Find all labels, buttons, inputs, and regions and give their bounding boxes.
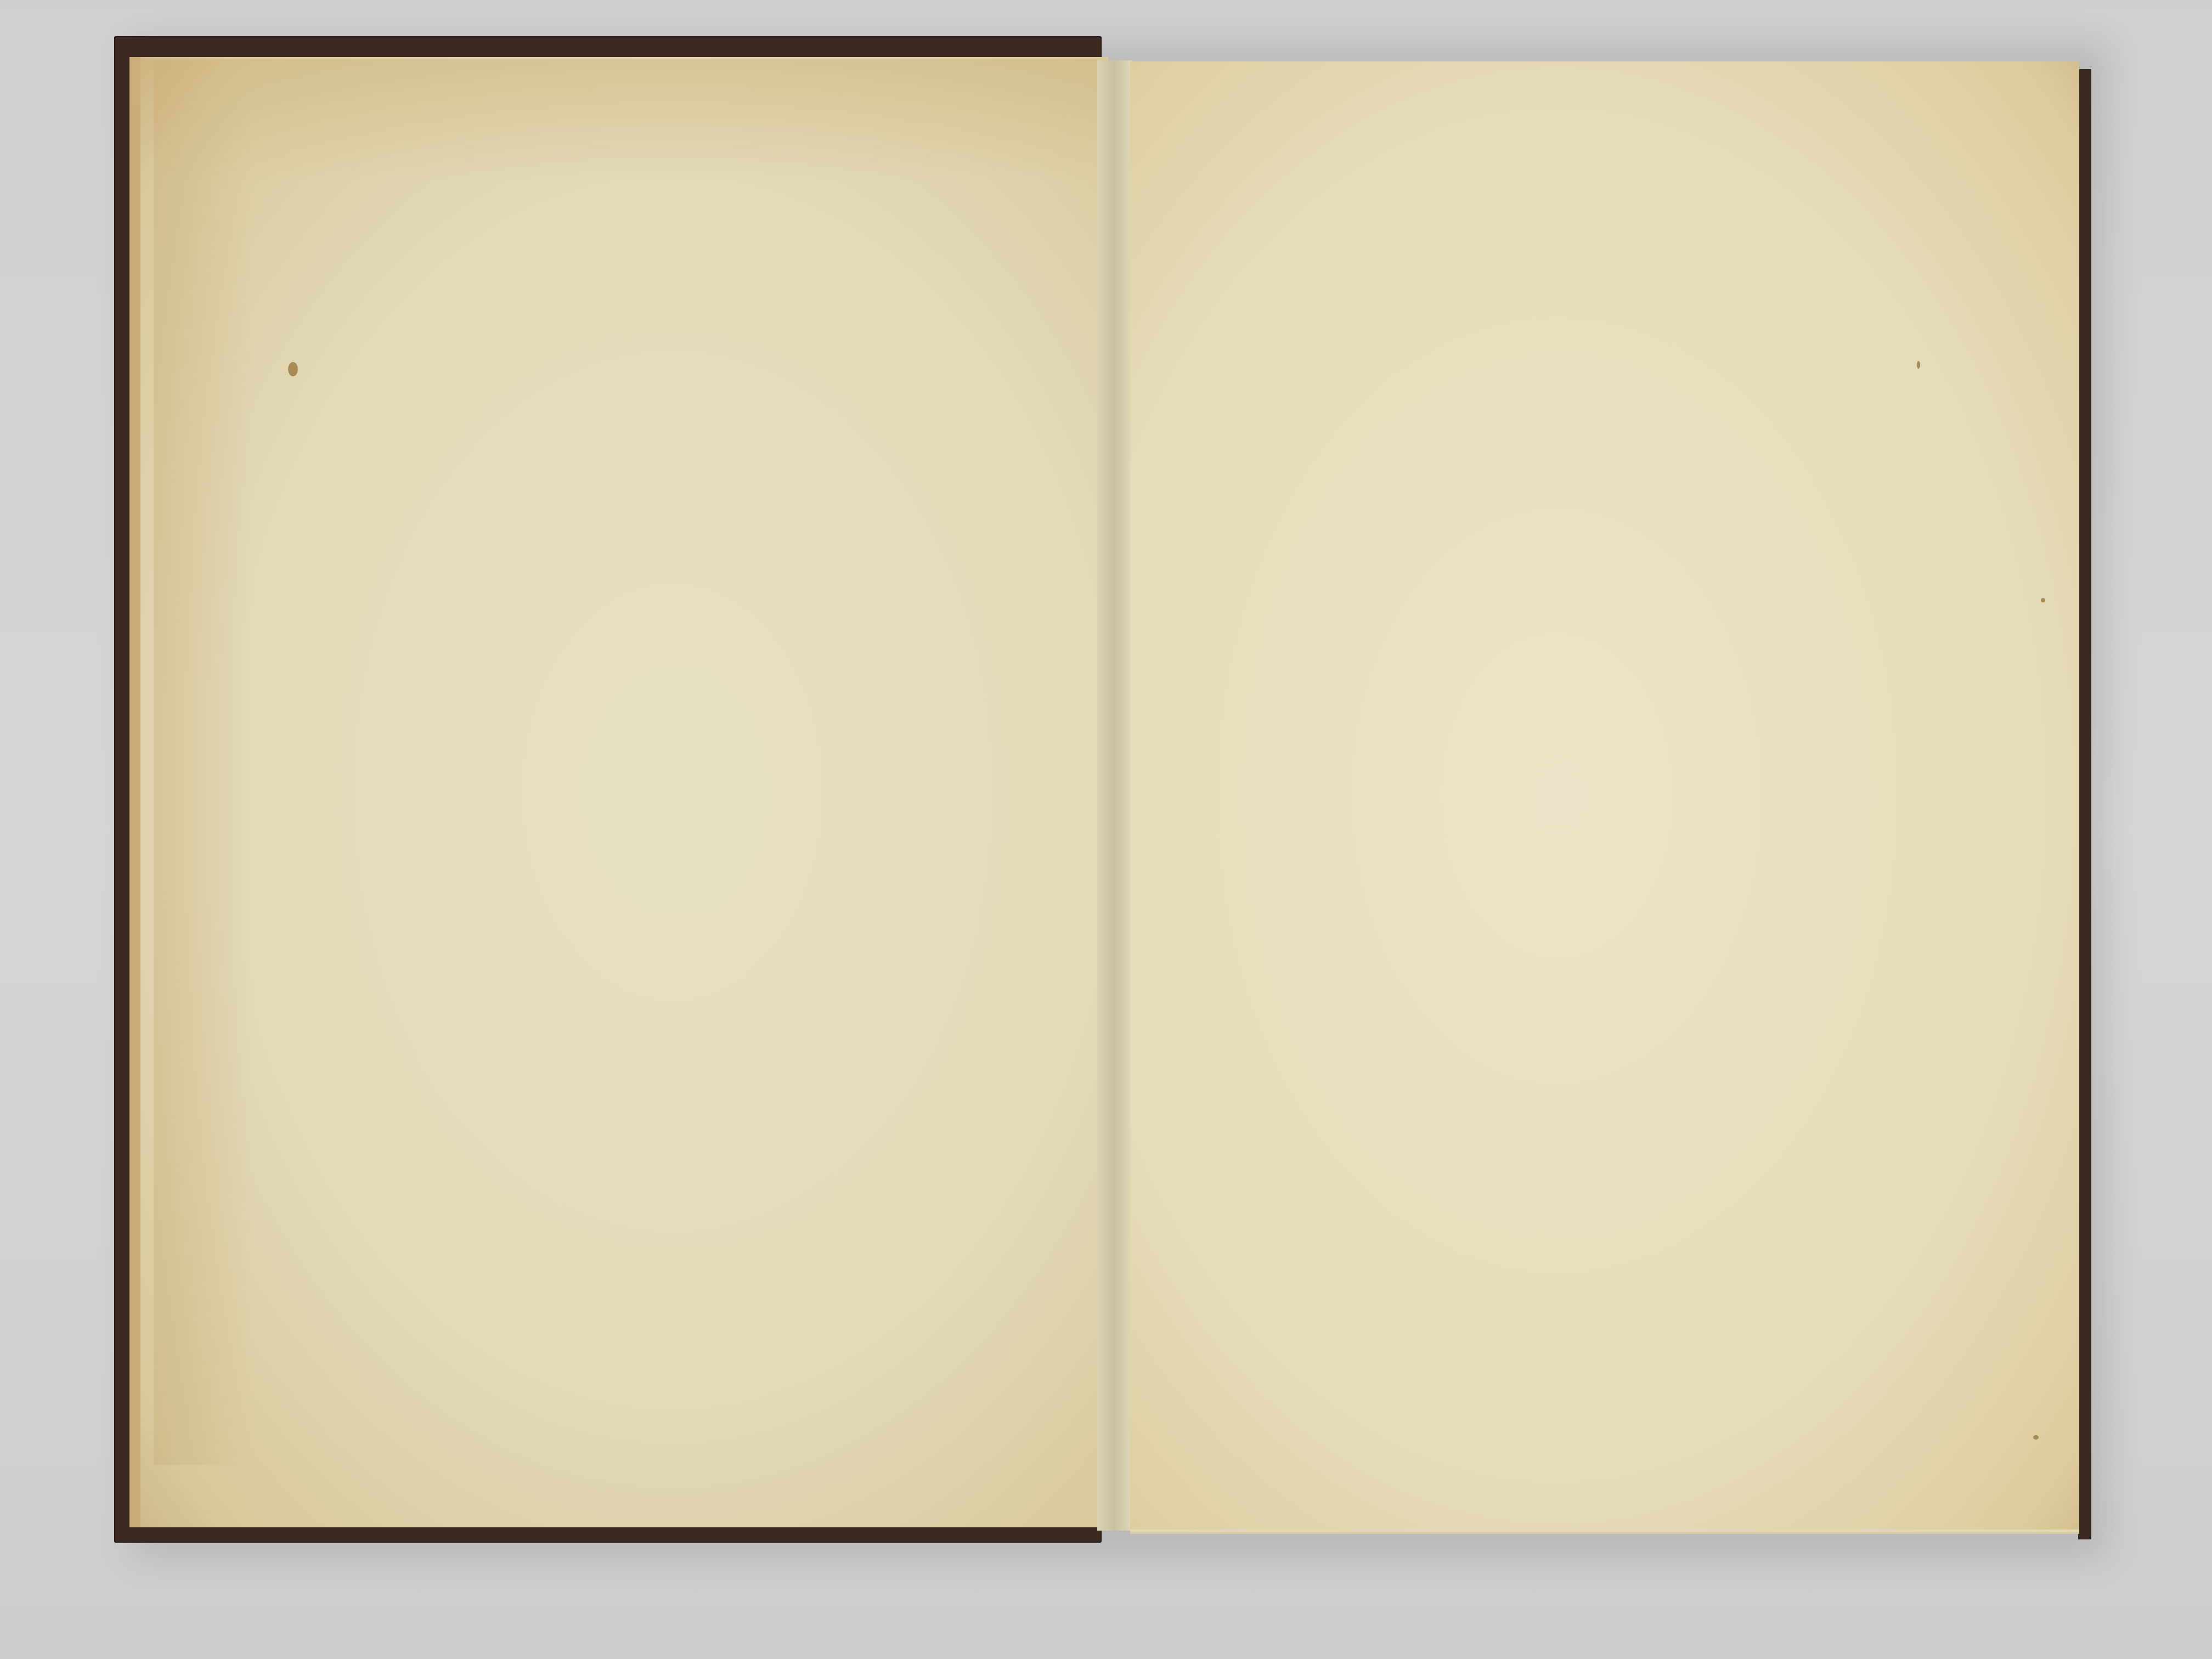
book-gutter bbox=[1097, 60, 1132, 1531]
left-page-foxing bbox=[154, 60, 252, 1465]
book-cover-right-edge bbox=[2078, 69, 2091, 1539]
foxing-spot bbox=[1917, 361, 1920, 369]
foxing-spot bbox=[288, 362, 298, 376]
foxing-spot bbox=[2033, 1435, 2039, 1440]
left-endpaper bbox=[129, 57, 1108, 1527]
right-page bbox=[1130, 61, 2079, 1530]
top-edge-foxing bbox=[132, 59, 1097, 180]
photo-scene bbox=[0, 0, 2212, 1659]
foxing-spot bbox=[2041, 598, 2045, 602]
